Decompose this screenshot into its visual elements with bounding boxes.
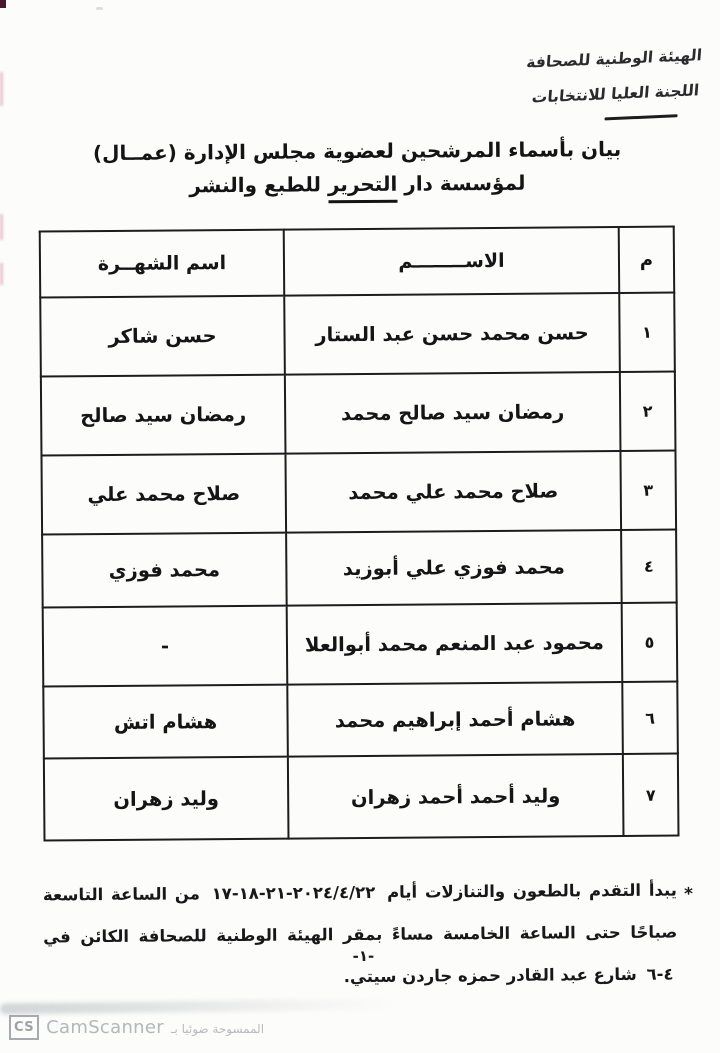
footnote-address-numbers: ٤-٦: [646, 965, 673, 984]
stamp-underline: [604, 114, 677, 120]
footer-note: * يبدأ التقدم بالطعون والتنازلات أيام ٢٠…: [43, 869, 694, 1000]
cell-name: رمضان سيد صالح محمد: [285, 372, 621, 454]
camscanner-watermark: CS CamScanner الممسوحة ضوئيا بـ: [9, 1015, 264, 1040]
cell-nickname: هشام اتش: [43, 685, 288, 759]
table-header-row: م الاســــــــم اسم الشهــرة: [40, 227, 674, 298]
cell-name: هشام أحمد إبراهيم محمد: [287, 682, 623, 757]
cell-nickname: وليد زهران: [44, 757, 289, 841]
document-title: بيان بأسماء المرشحين لعضوية مجلس الإدارة…: [0, 136, 717, 199]
scanned-document-page: الهيئة الوطنية للصحافة اللجنة العليا للا…: [0, 0, 720, 1053]
cell-number: ٣: [620, 451, 676, 530]
camscanner-logo-icon: CS: [9, 1015, 39, 1040]
handwritten-stamp: الهيئة الوطنية للصحافة اللجنة العليا للا…: [522, 38, 704, 124]
table-row: ١ حسن محمد حسن عبد الستار حسن شاكر: [40, 293, 675, 377]
title-underlined-word: التحرير: [328, 172, 398, 204]
title-line-2: لمؤسسة دار التحرير للطبع والنشر: [0, 169, 717, 199]
title-line-2-suffix: للطبع والنشر: [189, 172, 328, 197]
footnote-text-3: شارع عبد القادر حمزه جاردن سيتي.: [344, 965, 637, 986]
cell-name: حسن محمد حسن عبد الستار: [284, 293, 620, 375]
col-header-nickname: اسم الشهــرة: [40, 230, 285, 298]
cell-name: وليد أحمد أحمد زهران: [288, 754, 624, 839]
col-header-number: م: [619, 227, 675, 293]
table-row: ٣ صلاح محمد علي محمد صلاح محمد علي: [41, 451, 676, 535]
col-header-name: الاســــــــم: [284, 227, 620, 296]
cell-name: محمد فوزي علي أبوزيد: [286, 530, 622, 606]
table-row: ٥ محمود عبد المنعم محمد أبوالعلا -: [43, 603, 678, 687]
footnote-bullet: *: [684, 873, 693, 915]
cell-number: ٢: [620, 372, 676, 451]
cell-name: محمود عبد المنعم محمد أبوالعلا: [287, 603, 623, 685]
cell-nickname: محمد فوزي: [42, 533, 287, 608]
cell-number: ٥: [622, 603, 678, 682]
cell-nickname: -: [43, 606, 288, 687]
cell-nickname: رمضان سيد صالح: [41, 375, 286, 456]
table-row: ٧ وليد أحمد أحمد زهران وليد زهران: [44, 754, 679, 841]
cell-nickname: حسن شاكر: [40, 296, 285, 377]
table-row: ٢ رمضان سيد صالح محمد رمضان سيد صالح: [41, 372, 676, 456]
candidates-table: م الاســــــــم اسم الشهــرة ١ حسن محمد …: [39, 226, 680, 842]
camscanner-brand: CamScanner: [46, 1017, 164, 1038]
title-line-2-prefix: لمؤسسة دار: [397, 171, 525, 196]
footnote-dates: ٢٠٢٤/٤/٢٢-٢١-١٨-١٧: [212, 883, 376, 903]
cell-name: صلاح محمد علي محمد: [285, 451, 621, 533]
camscanner-arabic-label: الممسوحة ضوئيا بـ: [171, 1020, 264, 1036]
cell-number: ١: [619, 293, 675, 372]
footnote-text-1: يبدأ التقدم بالطعون والتنازلات أيام: [387, 881, 677, 902]
cell-number: ٦: [622, 682, 678, 754]
table-row: ٤ محمد فوزي علي أبوزيد محمد فوزي: [42, 530, 677, 608]
title-line-1: بيان بأسماء المرشحين لعضوية مجلس الإدارة…: [0, 136, 717, 166]
cell-nickname: صلاح محمد علي: [41, 454, 286, 535]
stamp-line-2: اللجنة العليا للانتخابات: [522, 73, 700, 116]
scan-content: الهيئة الوطنية للصحافة اللجنة العليا للا…: [0, 0, 720, 1053]
table-row: ٦ هشام أحمد إبراهيم محمد هشام اتش: [43, 682, 678, 759]
cell-number: ٧: [623, 754, 679, 836]
cell-number: ٤: [621, 530, 677, 603]
